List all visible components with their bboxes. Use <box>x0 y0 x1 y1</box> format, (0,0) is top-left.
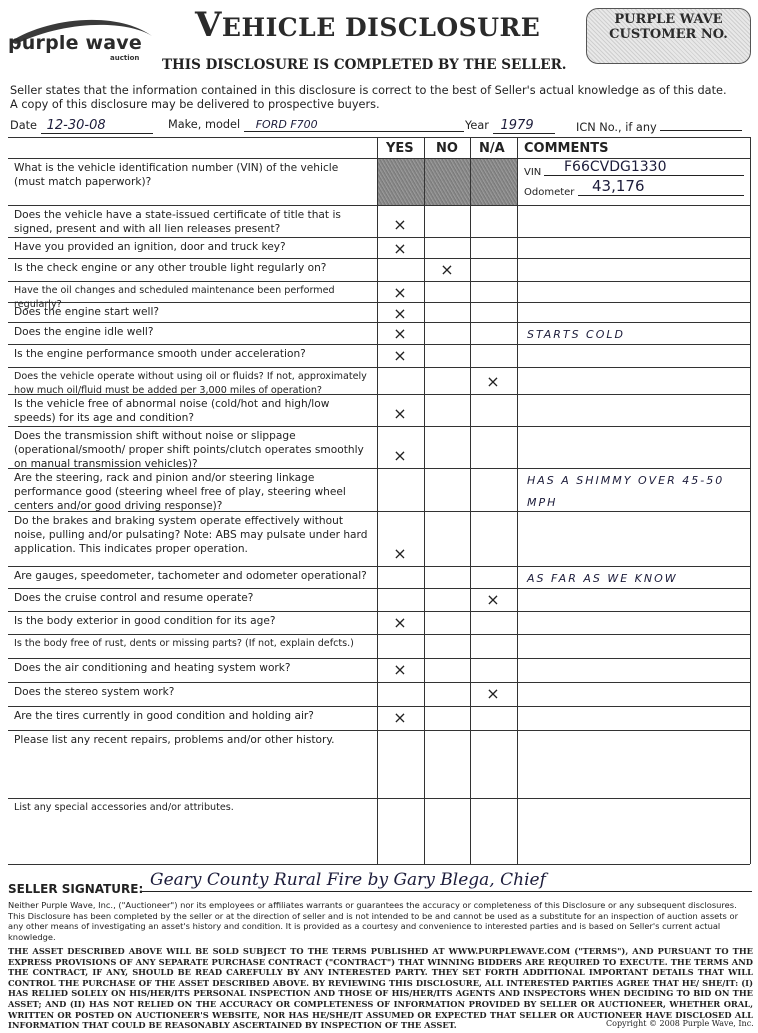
logo-subtext: auction <box>110 54 139 62</box>
header-na: N/A <box>479 141 505 156</box>
row-divider <box>8 258 750 259</box>
answer-yes-checkbox[interactable]: × <box>377 283 423 302</box>
answer-yes-checkbox[interactable]: × <box>377 239 423 258</box>
shaded-answer-cells <box>378 158 517 205</box>
row-divider <box>8 205 750 206</box>
odometer-value[interactable]: 43,176 <box>578 177 744 196</box>
question-text: Does the air conditioning and heating sy… <box>14 661 371 675</box>
make-model-field[interactable]: Make, model FORD F700 <box>168 118 464 132</box>
header-yes: YES <box>386 141 414 156</box>
question-text: Do the brakes and braking system operate… <box>14 514 371 556</box>
row-divider <box>8 611 750 612</box>
comment-text[interactable]: STARTS COLD <box>527 324 737 346</box>
row-divider <box>8 566 750 567</box>
make-model-value[interactable]: FORD F700 <box>244 118 464 132</box>
intro-line-1: Seller states that the information conta… <box>10 84 727 98</box>
date-value[interactable]: 12-30-08 <box>41 118 153 134</box>
intro-text: Seller states that the information conta… <box>10 84 727 112</box>
answer-yes-checkbox[interactable]: × <box>377 613 423 632</box>
disclaimer-text: Neither Purple Wave, Inc., ("Auctioneer"… <box>8 900 753 942</box>
seller-signature-value[interactable]: Geary County Rural Fire by Gary Blega, C… <box>140 870 752 892</box>
answer-na-checkbox[interactable]: × <box>470 590 516 609</box>
question-text: Is the check engine or any other trouble… <box>14 261 371 275</box>
customer-box-line2: CUSTOMER NO. <box>587 27 750 42</box>
answer-yes-checkbox[interactable]: × <box>377 446 423 465</box>
seller-signature-label: SELLER SIGNATURE: <box>8 882 143 896</box>
logo-text: purple wave <box>8 32 142 54</box>
date-field[interactable]: Date 12-30-08 <box>10 118 153 134</box>
answer-no-checkbox[interactable]: × <box>424 260 470 279</box>
row-divider <box>8 706 750 707</box>
question-text: Does the vehicle operate without using o… <box>14 370 371 398</box>
row-divider <box>8 730 750 731</box>
answer-yes-checkbox[interactable]: × <box>377 544 423 563</box>
answer-yes-checkbox[interactable]: × <box>377 660 423 679</box>
answer-yes-checkbox[interactable]: × <box>377 304 423 323</box>
vin-value[interactable]: F66CVDG1330 <box>544 159 744 176</box>
row-divider <box>8 367 750 368</box>
header-comments: COMMENTS <box>524 141 608 156</box>
question-text: Does the stereo system work? <box>14 685 371 699</box>
icn-field[interactable]: ICN No., if any <box>576 118 742 134</box>
row-divider <box>8 426 750 427</box>
customer-box-line1: PURPLE WAVE <box>587 12 750 27</box>
year-value[interactable]: 1979 <box>493 118 555 134</box>
row-divider <box>8 237 750 238</box>
row-divider <box>8 158 750 159</box>
question-text: Are the tires currently in good conditio… <box>14 709 371 723</box>
intro-line-2: A copy of this disclosure may be deliver… <box>10 98 727 112</box>
answer-na-checkbox[interactable]: × <box>470 684 516 703</box>
answer-yes-checkbox[interactable]: × <box>377 404 423 423</box>
question-text: Does the engine idle well? <box>14 325 371 339</box>
question-text: Have you provided an ignition, door and … <box>14 240 371 254</box>
answer-yes-checkbox[interactable]: × <box>377 324 423 343</box>
row-divider <box>8 634 750 635</box>
row-divider <box>8 682 750 683</box>
page-title: VEHICLE DISCLOSURE <box>195 5 540 45</box>
customer-number-box: PURPLE WAVE CUSTOMER NO. <box>586 8 751 64</box>
comment-text[interactable]: AS FAR AS WE KNOW <box>527 568 737 590</box>
question-text: Does the engine start well? <box>14 305 371 319</box>
answer-yes-checkbox[interactable]: × <box>377 346 423 365</box>
table-border <box>750 137 751 864</box>
question-text: Does the transmission shift without nois… <box>14 429 371 471</box>
row-divider <box>8 864 750 865</box>
question-text: What is the vehicle identification numbe… <box>14 161 371 189</box>
header-no: NO <box>436 141 458 156</box>
question-text: Is the vehicle free of abnormal noise (c… <box>14 397 371 425</box>
question-text: Are gauges, speedometer, tachometer and … <box>14 569 371 583</box>
icn-value[interactable] <box>660 118 742 131</box>
column-divider <box>470 137 471 864</box>
column-divider <box>517 137 518 864</box>
copyright-text: Copyright © 2008 Purple Wave, Inc. <box>606 1019 754 1028</box>
answer-na-checkbox[interactable]: × <box>470 372 516 391</box>
answer-yes-checkbox[interactable]: × <box>377 215 423 234</box>
row-divider <box>8 281 750 282</box>
page-subtitle: THIS DISCLOSURE IS COMPLETED BY THE SELL… <box>162 57 567 73</box>
odometer-label: Odometer <box>524 187 574 198</box>
row-divider <box>8 137 750 138</box>
purple-wave-logo: purple wave auction <box>6 14 156 64</box>
column-divider <box>424 137 425 864</box>
question-text: Are the steering, rack and pinion and/or… <box>14 471 371 513</box>
question-text: Is the body exterior in good condition f… <box>14 614 371 628</box>
question-text: Is the body free of rust, dents or missi… <box>14 637 371 651</box>
year-field[interactable]: Year 1979 <box>465 118 555 134</box>
question-text: Please list any recent repairs, problems… <box>14 733 371 747</box>
row-divider <box>8 798 750 799</box>
question-text: Is the engine performance smooth under a… <box>14 347 371 361</box>
answer-yes-checkbox[interactable]: × <box>377 708 423 727</box>
question-text: Does the vehicle have a state-issued cer… <box>14 208 371 236</box>
row-divider <box>8 658 750 659</box>
question-text: Does the cruise control and resume opera… <box>14 591 371 605</box>
comment-text[interactable]: HAS A SHIMMY OVER 45-50 MPH <box>527 470 737 514</box>
vin-label: VIN <box>524 167 541 178</box>
question-text: List any special accessories and/or attr… <box>14 801 371 815</box>
